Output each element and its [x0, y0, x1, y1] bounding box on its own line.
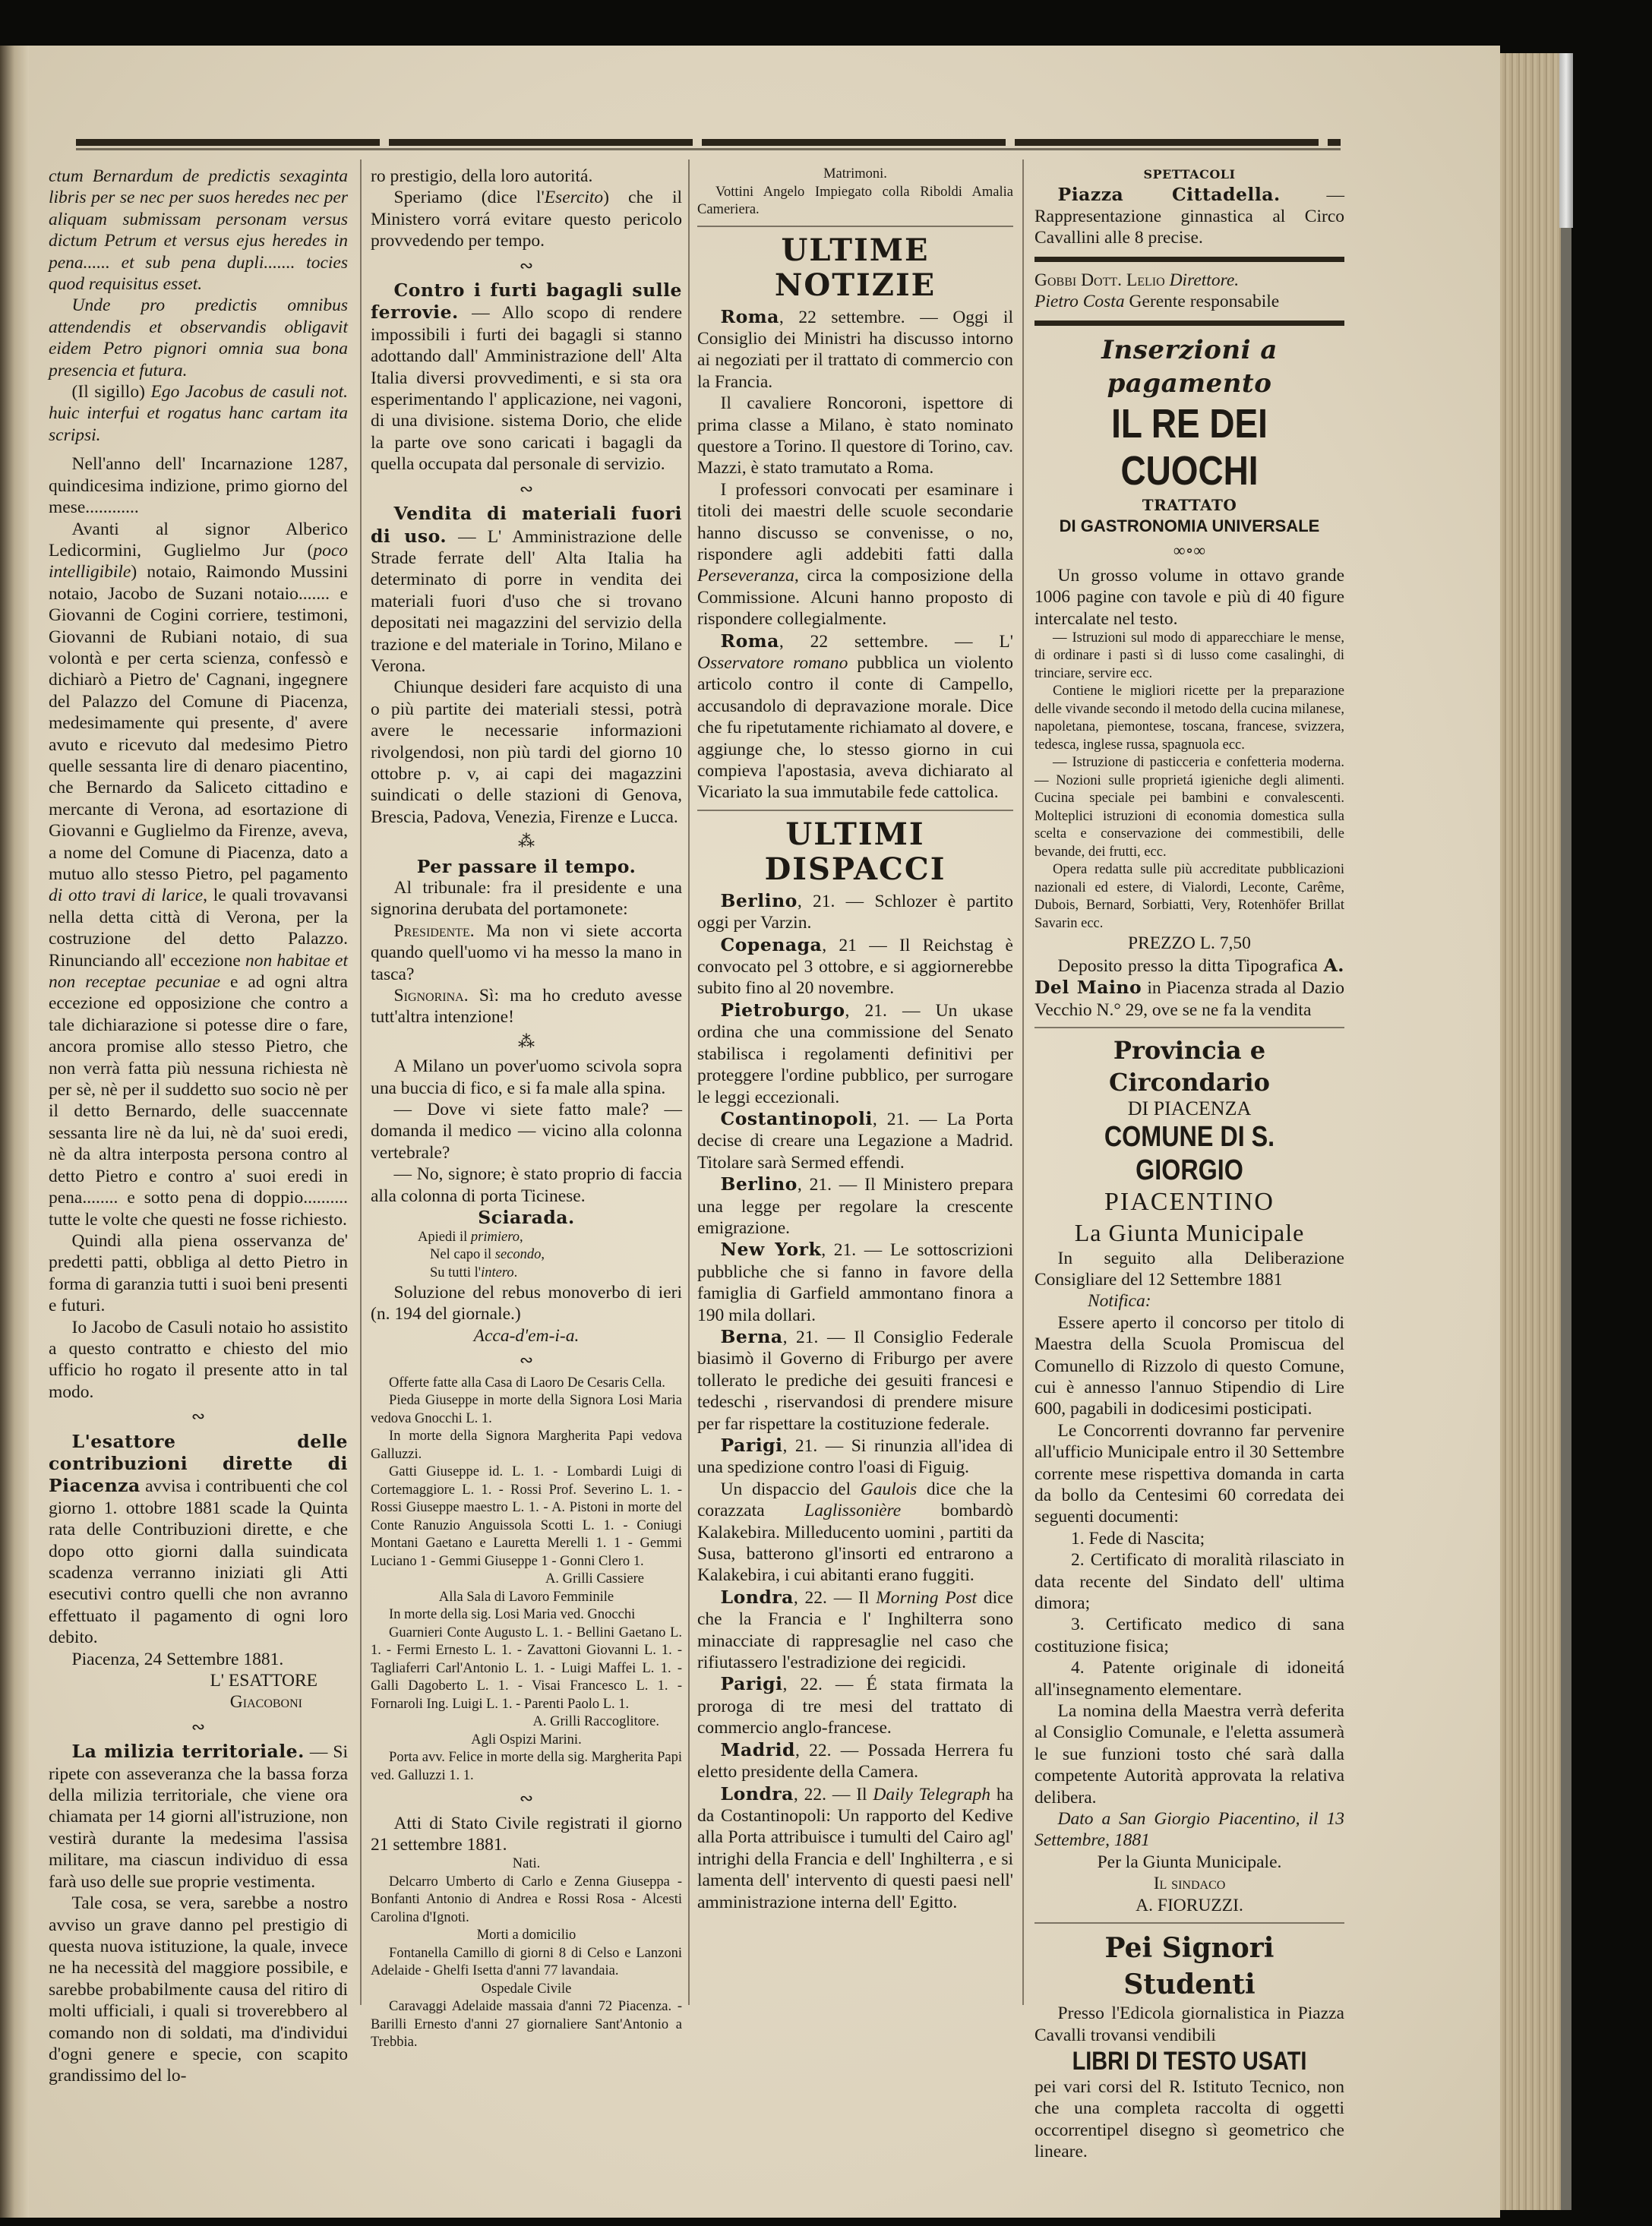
ad-subtitle: TRATTATO — [1034, 494, 1344, 516]
verse-line: Su tutti l'intero. — [371, 1265, 682, 1283]
dispatch-item: Berlino, 21. — Schlozer è partito oggi p… — [697, 890, 1013, 934]
subsection-title: Agli Ospizi Marini. — [371, 1732, 682, 1750]
offerte-paragraph: Guarnieri Conte Augusto L. 1. - Bellini … — [371, 1625, 682, 1714]
book-gutter — [0, 46, 29, 2218]
article-paragraph: — No, signore; è stato proprio di faccia… — [371, 1164, 682, 1207]
article-paragraph: Io Jacobo de Casuli notaio ho assistito … — [49, 1317, 348, 1403]
ultimi-dispacci-heading: ULTIMI DISPACCI — [697, 817, 1013, 887]
verse-line: Apiedi il primiero, — [371, 1229, 682, 1247]
subsection-title: Alla Sala di Lavoro Femminile — [371, 1589, 682, 1607]
inserzioni-heading: Inserzioni a pagamento — [1034, 333, 1344, 400]
offerte-paragraph: Gatti Giuseppe id. L. 1. - Lombardi Luig… — [371, 1463, 682, 1571]
dispatch-item: Madrid, 22. — Possada Herrera fu eletto … — [697, 1739, 1013, 1783]
asterism-icon: ⁂ — [371, 831, 682, 852]
document-list-item: 3. Certificato medico di sana costituzio… — [1034, 1614, 1344, 1657]
dispatch-item: Costantinopoli, 21. — La Porta decise di… — [697, 1108, 1013, 1173]
section-rule — [1034, 320, 1344, 326]
plastic-cover-edge — [1559, 53, 1573, 228]
ornament-icon: ∾ — [49, 1406, 348, 1427]
sigillo-paragraph: (Il sigillo) Ego Jacobus de casuli not. … — [49, 381, 348, 446]
registry-entries: Vottini Angelo Impiegato colla Riboldi A… — [697, 184, 1013, 219]
latin-text: Unde pro predictis omnibus attendendis e… — [49, 295, 348, 381]
registry-entries: Fontanella Camillo di giorni 8 di Celso … — [371, 1945, 682, 1981]
offerte-paragraph: Offerte fatte alla Casa di Laoro De Cesa… — [371, 1375, 682, 1393]
notice-heading: PIACENTINO — [1034, 1187, 1344, 1217]
ornament-icon: ∾ — [371, 1788, 682, 1809]
ornament-icon: ∾ — [371, 1350, 682, 1371]
offerte-paragraph: In morte della sig. Losi Maria ved. Gnoc… — [371, 1606, 682, 1625]
dispatch-item: Londra, 22. — Il Daily Telegraph ha da C… — [697, 1783, 1013, 1913]
ad-text: pei vari corsi del R. Istituto Tecnico, … — [1034, 2076, 1344, 2163]
direttore-line: Gobbi Dott. Lelio Direttore. — [1034, 270, 1344, 291]
column-3: Matrimoni. Vottini Angelo Impiegato coll… — [697, 166, 1013, 1913]
notice-heading: COMUNE DI S. GIORGIO — [1058, 1120, 1322, 1187]
ad-text: Presso l'Edicola giornalistica in Piazza… — [1034, 2003, 1344, 2046]
ornament-icon: ∞∘∞ — [1034, 540, 1344, 561]
notice-text: Essere aperto il concorso per titolo di … — [1034, 1312, 1344, 1420]
news-item: Il cavaliere Roncoroni, ispettore di pri… — [697, 393, 1013, 479]
asterism-icon: ⁂ — [371, 1031, 682, 1053]
ad-text: — Istruzioni sul modo di apparecchiare l… — [1034, 630, 1344, 684]
offerte-paragraph: Pieda Giuseppe in morte della Signora Lo… — [371, 1392, 682, 1428]
notice-heading: Provincia e Circondario — [1034, 1034, 1344, 1098]
ad-text: Un grosso volume in ottavo grande 1006 p… — [1034, 565, 1344, 630]
dispatch-item: New York, 21. — Le sottoscrizioni pubbli… — [697, 1239, 1013, 1326]
dispatch-item: Berlino, 21. — Il Ministero prepara una … — [697, 1173, 1013, 1239]
dispatch-item: Copenaga, 21 — Il Reichstag è convocato … — [697, 934, 1013, 999]
notice-signature: Il sindaco — [1034, 1873, 1344, 1894]
ad-text: Deposito presso la ditta Tipografica A. … — [1034, 955, 1344, 1021]
offerte-paragraph: In morte della Signora Margherita Papi v… — [371, 1428, 682, 1463]
article-paragraph: Quindi alla piena osservanza de' predett… — [49, 1230, 348, 1317]
subsection-title: Ospedale Civile — [371, 1981, 682, 1999]
article-paragraph: Nell'anno dell' Incarnazione 1287, quind… — [49, 453, 348, 518]
article-paragraph: Speriamo (dice l'Esercito) che il Minist… — [371, 187, 682, 251]
article-paragraph: Al tribunale: fra il presidente e una si… — [371, 877, 682, 920]
registry-entries: Caravaggi Adelaide massaia d'anni 72 Pia… — [371, 1998, 682, 2052]
dialogue-line: Presidente. Ma non vi siete accorta quan… — [371, 920, 682, 985]
notice-text: La nomina della Maestra verrà deferita a… — [1034, 1700, 1344, 1808]
milizia-article: Tale cosa, se vera, sarebbe a nostro avv… — [49, 1893, 348, 2087]
ad-text: Contiene le migliori ricette per la prep… — [1034, 683, 1344, 754]
column-1: ctum Bernardum de predictis sexaginta li… — [49, 166, 348, 2087]
ad-subtitle: DI GASTRONOMIA UNIVERSALE — [1034, 516, 1344, 537]
vendita-article: Vendita di materiali fuori di uso. — L' … — [371, 503, 682, 677]
article-paragraph: Soluzione del rebus monoverbo di ieri (n… — [371, 1282, 682, 1325]
notice-text: In seguito alla Deliberazione Consigliar… — [1034, 1248, 1344, 1291]
subsection-title: Nati. — [371, 1855, 682, 1874]
gerente-line: Pietro Costa Gerente responsabile — [1034, 291, 1344, 312]
column-divider — [360, 159, 362, 2005]
esattore-date: Piacenza, 24 Settembre 1881. — [49, 1649, 348, 1670]
signature: A. Grilli Raccoglitore. — [371, 1713, 682, 1732]
news-item: Roma, 22 settembre. — Oggi il Consiglio … — [697, 306, 1013, 393]
article-paragraph: Avanti al signor Alberico Ledicormini, G… — [49, 519, 348, 1230]
section-rule — [1034, 257, 1344, 262]
article-paragraph: A Milano un pover'uomo scivola sopra una… — [371, 1056, 682, 1099]
notice-text: Le Concorrenti dovranno far pervenire al… — [1034, 1420, 1344, 1528]
masthead-rule-thin — [76, 148, 1341, 150]
subsection-title: Matrimoni. — [697, 166, 1013, 184]
notice-text: Notifica: — [1034, 1290, 1344, 1312]
dialogue-line: Signorina. Sì: ma ho creduto avesse tutt… — [371, 985, 682, 1028]
article-paragraph: — Dove vi siete fatto male? — domanda il… — [371, 1099, 682, 1164]
milizia-article: La milizia territoriale. — Si ripete con… — [49, 1741, 348, 1893]
furti-article: Contro i furti bagagli sulle ferrovie. —… — [371, 279, 682, 475]
document-list-item: 4. Patente originale di idoneitá all'ins… — [1034, 1657, 1344, 1700]
notice-heading: DI PIACENZA — [1034, 1098, 1344, 1119]
dispatch-item: Berna, 21. — Il Consiglio Federale biasi… — [697, 1326, 1013, 1435]
esattore-name: Giacoboni — [49, 1691, 348, 1713]
column-divider — [688, 159, 690, 2005]
notice-signature: Per la Giunta Municipale. — [1034, 1852, 1344, 1873]
stato-civile-title: Atti di Stato Civile registrati il giorn… — [371, 1813, 682, 1856]
ultime-notizie-heading: ULTIME NOTIZIE — [697, 233, 1013, 303]
dispatch-item: Londra, 22. — Il Morning Post dice che l… — [697, 1587, 1013, 1674]
ad-price: PREZZO L. 7,50 — [1034, 933, 1344, 954]
esattore-notice: L'esattore delle contribuzioni dirette d… — [49, 1431, 348, 1649]
ad-text: Opera redatta sulle più accreditate pubb… — [1034, 861, 1344, 933]
column-2: ro prestigio, della loro autoritá. Speri… — [371, 166, 682, 2052]
notice-signature: A. FIORUZZI. — [1034, 1895, 1344, 1916]
rebus-answer: Acca-d'em-i-a. — [371, 1325, 682, 1347]
notice-date: Dato a San Giorgio Piacentino, il 13 Set… — [1034, 1808, 1344, 1852]
spettacoli-heading: SPETTACOLI — [1034, 166, 1344, 184]
article-paragraph: ro prestigio, della loro autoritá. — [371, 166, 682, 187]
registry-entries: Delcarro Umberto di Carlo e Zenna Giusep… — [371, 1874, 682, 1928]
ornament-icon: ∾ — [49, 1716, 348, 1738]
latin-text: ctum Bernardum de predictis sexaginta li… — [49, 166, 348, 295]
news-item: I professori convocati per esaminare i t… — [697, 479, 1013, 630]
offerte-paragraph: Porta avv. Felice in morte della sig. Ma… — [371, 1749, 682, 1785]
ornament-icon: ∾ — [371, 255, 682, 276]
esattore-signature: L' ESATTORE — [49, 1670, 348, 1691]
column-4: SPETTACOLI Piazza Cittadella. — Rapprese… — [1034, 166, 1344, 2163]
verse-line: Nel capo il secondo, — [371, 1246, 682, 1265]
signature: A. Grilli Cassiere — [371, 1571, 682, 1589]
subsection-title: Morti a domicilio — [371, 1927, 682, 1945]
spettacoli-item: Piazza Cittadella. — Rappresentazione gi… — [1034, 184, 1344, 249]
ad-text: — Istruzione di pasticceria e confetteri… — [1034, 754, 1344, 861]
notice-heading: La Giunta Municipale — [1034, 1217, 1344, 1248]
ad-title: Pei Signori Studenti — [1034, 1930, 1344, 2003]
document-list-item: 2. Certificato di moralità rilasciato in… — [1034, 1549, 1344, 1614]
ornament-icon: ∾ — [371, 478, 682, 500]
ad-title: IL RE DEI CUOCHI — [1058, 400, 1322, 494]
ad-title: LIBRI DI TESTO USATI — [1058, 2046, 1322, 2076]
masthead-rule — [76, 139, 1341, 146]
column-divider — [1022, 159, 1024, 2005]
vendita-article: Chiunque desideri fare acquisto di una o… — [371, 677, 682, 828]
document-list-item: 1. Fede di Nascita; — [1034, 1528, 1344, 1549]
dispatch-item: Un dispaccio del Gaulois dice che la cor… — [697, 1479, 1013, 1587]
section-title: Per passare il tempo. — [371, 856, 682, 877]
news-item: Roma, 22 settembre. — L' Osservatore rom… — [697, 630, 1013, 804]
dispatch-item: Parigi, 21. — Si rinunzia all'idea di un… — [697, 1435, 1013, 1479]
dispatch-item: Pietroburgo, 21. — Un ukase ordina che u… — [697, 999, 1013, 1108]
dispatch-item: Parigi, 22. — É stata firmata la proroga… — [697, 1673, 1013, 1738]
section-title: Sciarada. — [371, 1207, 682, 1228]
